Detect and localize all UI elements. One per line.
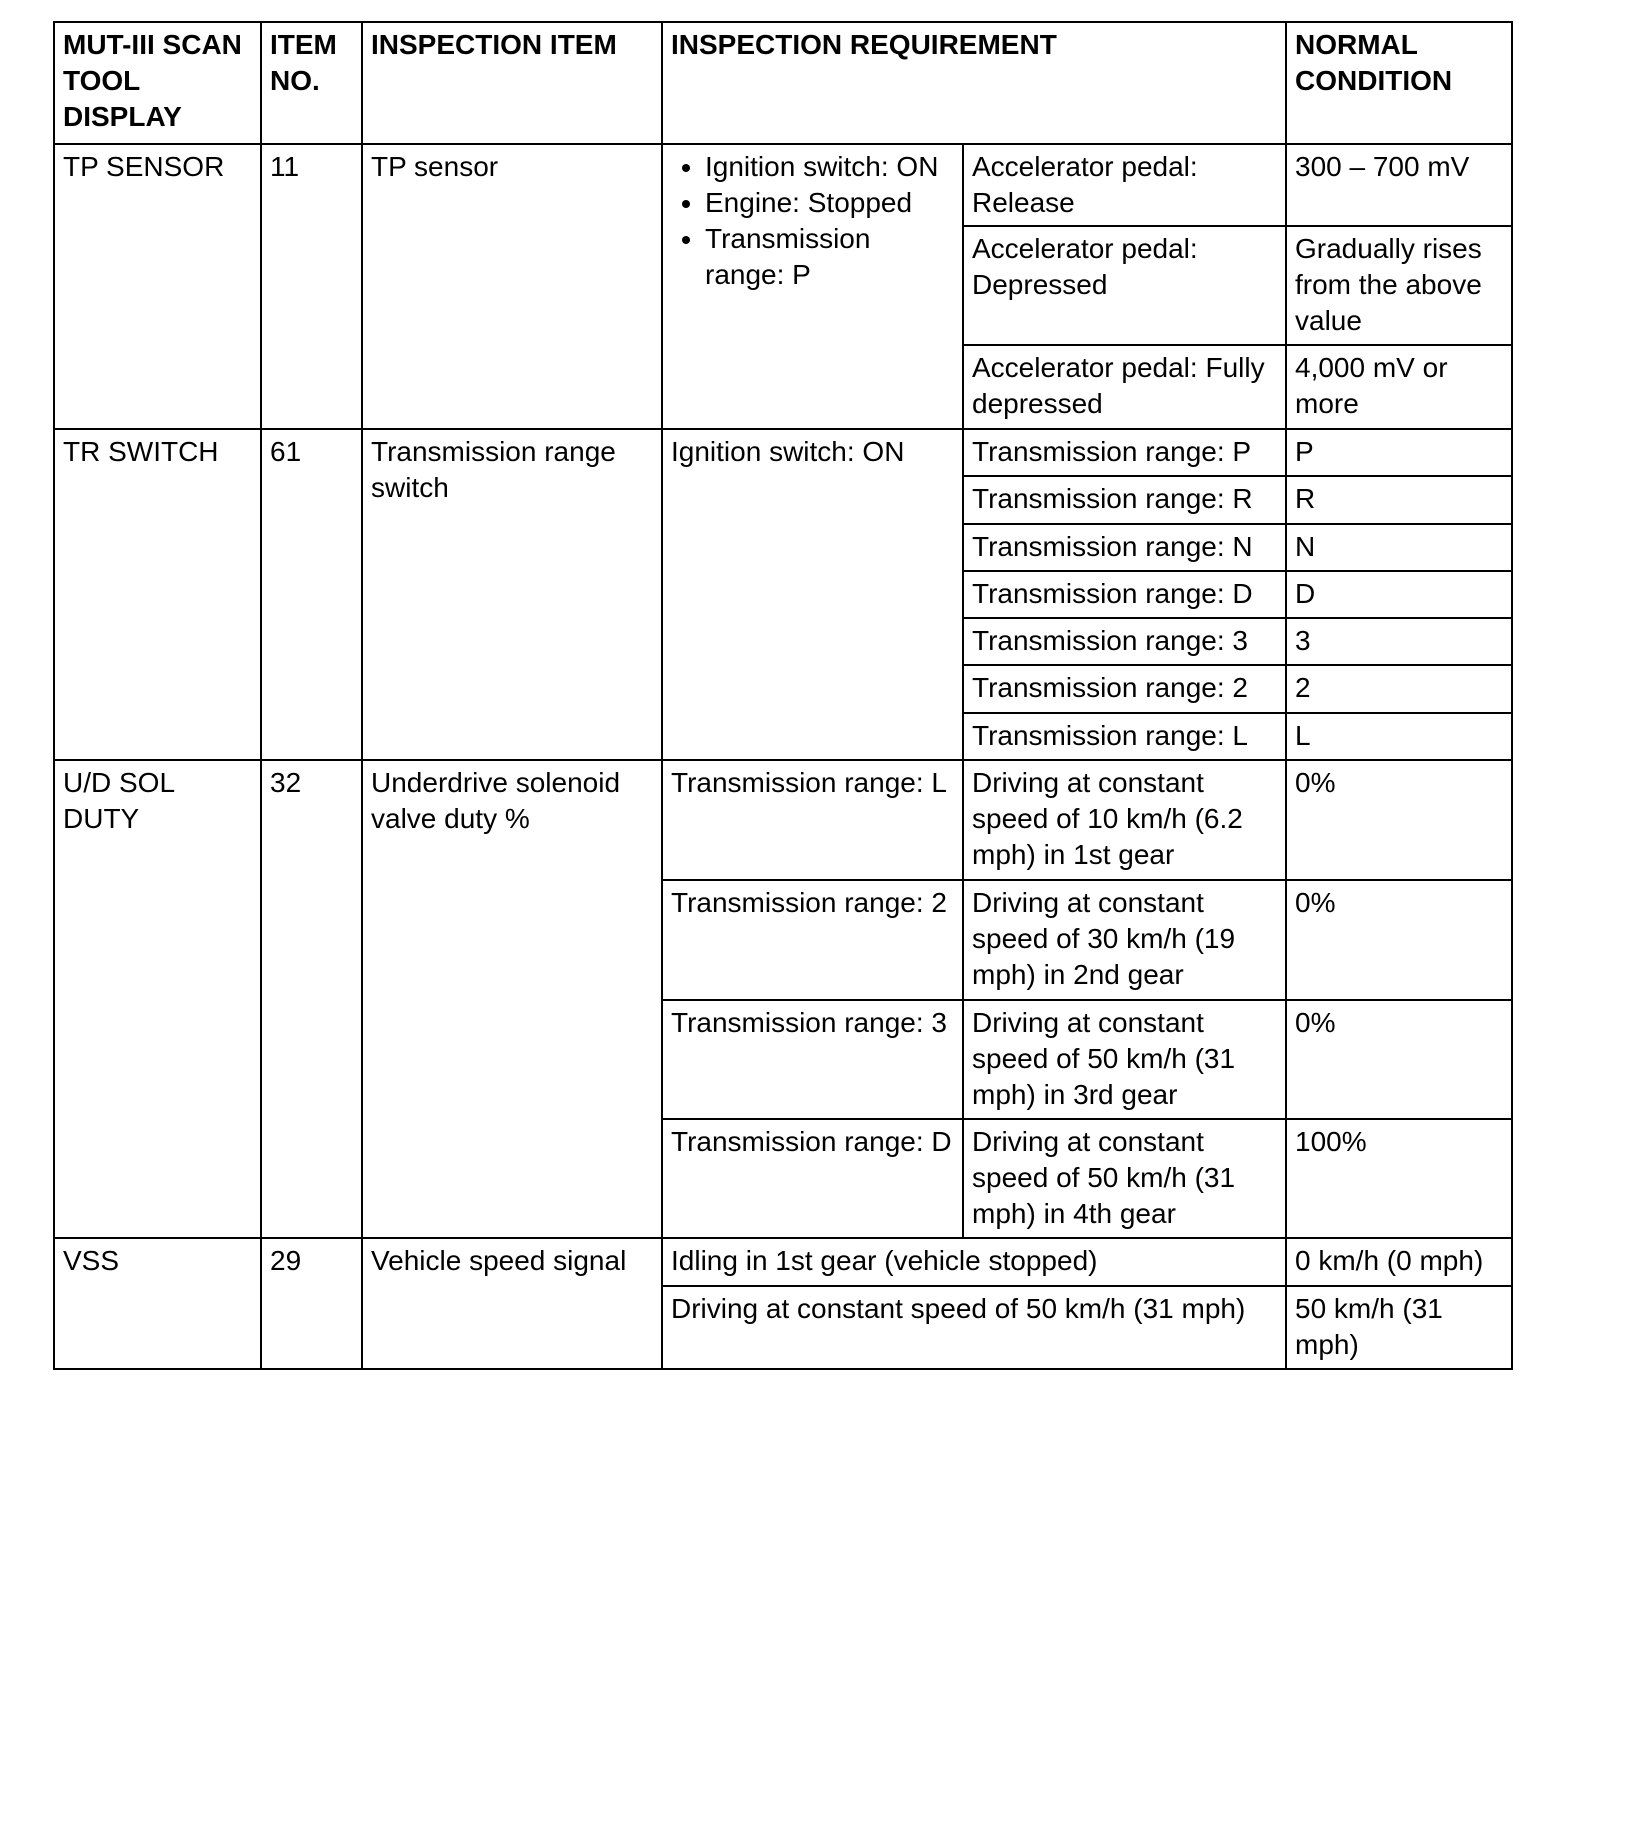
cell-normal: 0% — [1285, 879, 1513, 1001]
cell-normal: 4,000 mV or more — [1285, 344, 1513, 430]
cell-condition: Transmission range: 3 — [962, 617, 1287, 666]
cell-requirement: Driving at constant speed of 50 km/h (31… — [661, 1285, 1287, 1370]
cell-display: TR SWITCH — [53, 428, 262, 761]
header-inspection-item: INSPECTION ITEM — [361, 21, 663, 145]
cell-requirement: Transmission range: L — [661, 759, 964, 881]
cell-normal: 3 — [1285, 617, 1513, 666]
header-display: MUT-III SCAN TOOL DISPLAY — [53, 21, 262, 145]
cell-normal: 100% — [1285, 1118, 1513, 1239]
cell-condition: Accelerator pedal: Fully depressed — [962, 344, 1287, 430]
cell-inspection-item: Transmission range switch — [361, 428, 663, 761]
cell-item-no: 11 — [260, 143, 363, 430]
cell-condition: Transmission range: L — [962, 712, 1287, 761]
cell-condition: Driving at constant speed of 50 km/h (31… — [962, 999, 1287, 1120]
cell-display: VSS — [53, 1237, 262, 1370]
cell-item-no: 29 — [260, 1237, 363, 1370]
cell-inspection-item: Vehicle speed signal — [361, 1237, 663, 1370]
cell-condition: Accelerator pedal: Release — [962, 143, 1287, 227]
inspection-table: MUT-III SCAN TOOL DISPLAYITEM NO.INSPECT… — [0, 0, 1648, 1828]
header-item-no: ITEM NO. — [260, 21, 363, 145]
cell-display: U/D SOL DUTY — [53, 759, 262, 1239]
cell-condition: Driving at constant speed of 30 km/h (19… — [962, 879, 1287, 1001]
cell-inspection-item: Underdrive solenoid valve duty % — [361, 759, 663, 1239]
cell-item-no: 61 — [260, 428, 363, 761]
cell-requirement: Ignition switch: ON — [661, 428, 964, 761]
cell-normal: 300 – 700 mV — [1285, 143, 1513, 227]
requirement-bullet: Ignition switch: ON — [705, 149, 954, 185]
cell-requirement: Transmission range: D — [661, 1118, 964, 1239]
cell-display: TP SENSOR — [53, 143, 262, 430]
cell-condition: Accelerator pedal: Depressed — [962, 225, 1287, 346]
cell-normal: P — [1285, 428, 1513, 477]
cell-requirement: Idling in 1st gear (vehicle stopped) — [661, 1237, 1287, 1287]
cell-condition: Driving at constant speed of 50 km/h (31… — [962, 1118, 1287, 1239]
cell-normal: 0 km/h (0 mph) — [1285, 1237, 1513, 1287]
cell-condition: Transmission range: P — [962, 428, 1287, 477]
cell-condition: Transmission range: D — [962, 570, 1287, 619]
cell-condition: Transmission range: N — [962, 523, 1287, 572]
cell-normal: 50 km/h (31 mph) — [1285, 1285, 1513, 1370]
requirement-bullet: Engine: Stopped — [705, 185, 954, 221]
header-normal-condition: NORMAL CONDITION — [1285, 21, 1513, 145]
cell-inspection-item: TP sensor — [361, 143, 663, 430]
cell-normal: Gradually rises from the above value — [1285, 225, 1513, 346]
cell-normal: 2 — [1285, 664, 1513, 714]
cell-normal: L — [1285, 712, 1513, 761]
cell-item-no: 32 — [260, 759, 363, 1239]
cell-normal: R — [1285, 475, 1513, 525]
cell-normal: 0% — [1285, 999, 1513, 1120]
requirement-bullet: Transmission range: P — [705, 221, 954, 293]
cell-requirement: Transmission range: 3 — [661, 999, 964, 1120]
cell-condition: Transmission range: 2 — [962, 664, 1287, 714]
cell-requirement: Transmission range: 2 — [661, 879, 964, 1001]
cell-normal: N — [1285, 523, 1513, 572]
cell-condition: Transmission range: R — [962, 475, 1287, 525]
cell-normal: 0% — [1285, 759, 1513, 881]
cell-condition: Driving at constant speed of 10 km/h (6.… — [962, 759, 1287, 881]
cell-requirement-bullets: Ignition switch: ONEngine: StoppedTransm… — [661, 143, 964, 430]
cell-normal: D — [1285, 570, 1513, 619]
requirement-bullet-list: Ignition switch: ONEngine: StoppedTransm… — [671, 149, 954, 293]
header-inspection-requirement: INSPECTION REQUIREMENT — [661, 21, 1287, 145]
